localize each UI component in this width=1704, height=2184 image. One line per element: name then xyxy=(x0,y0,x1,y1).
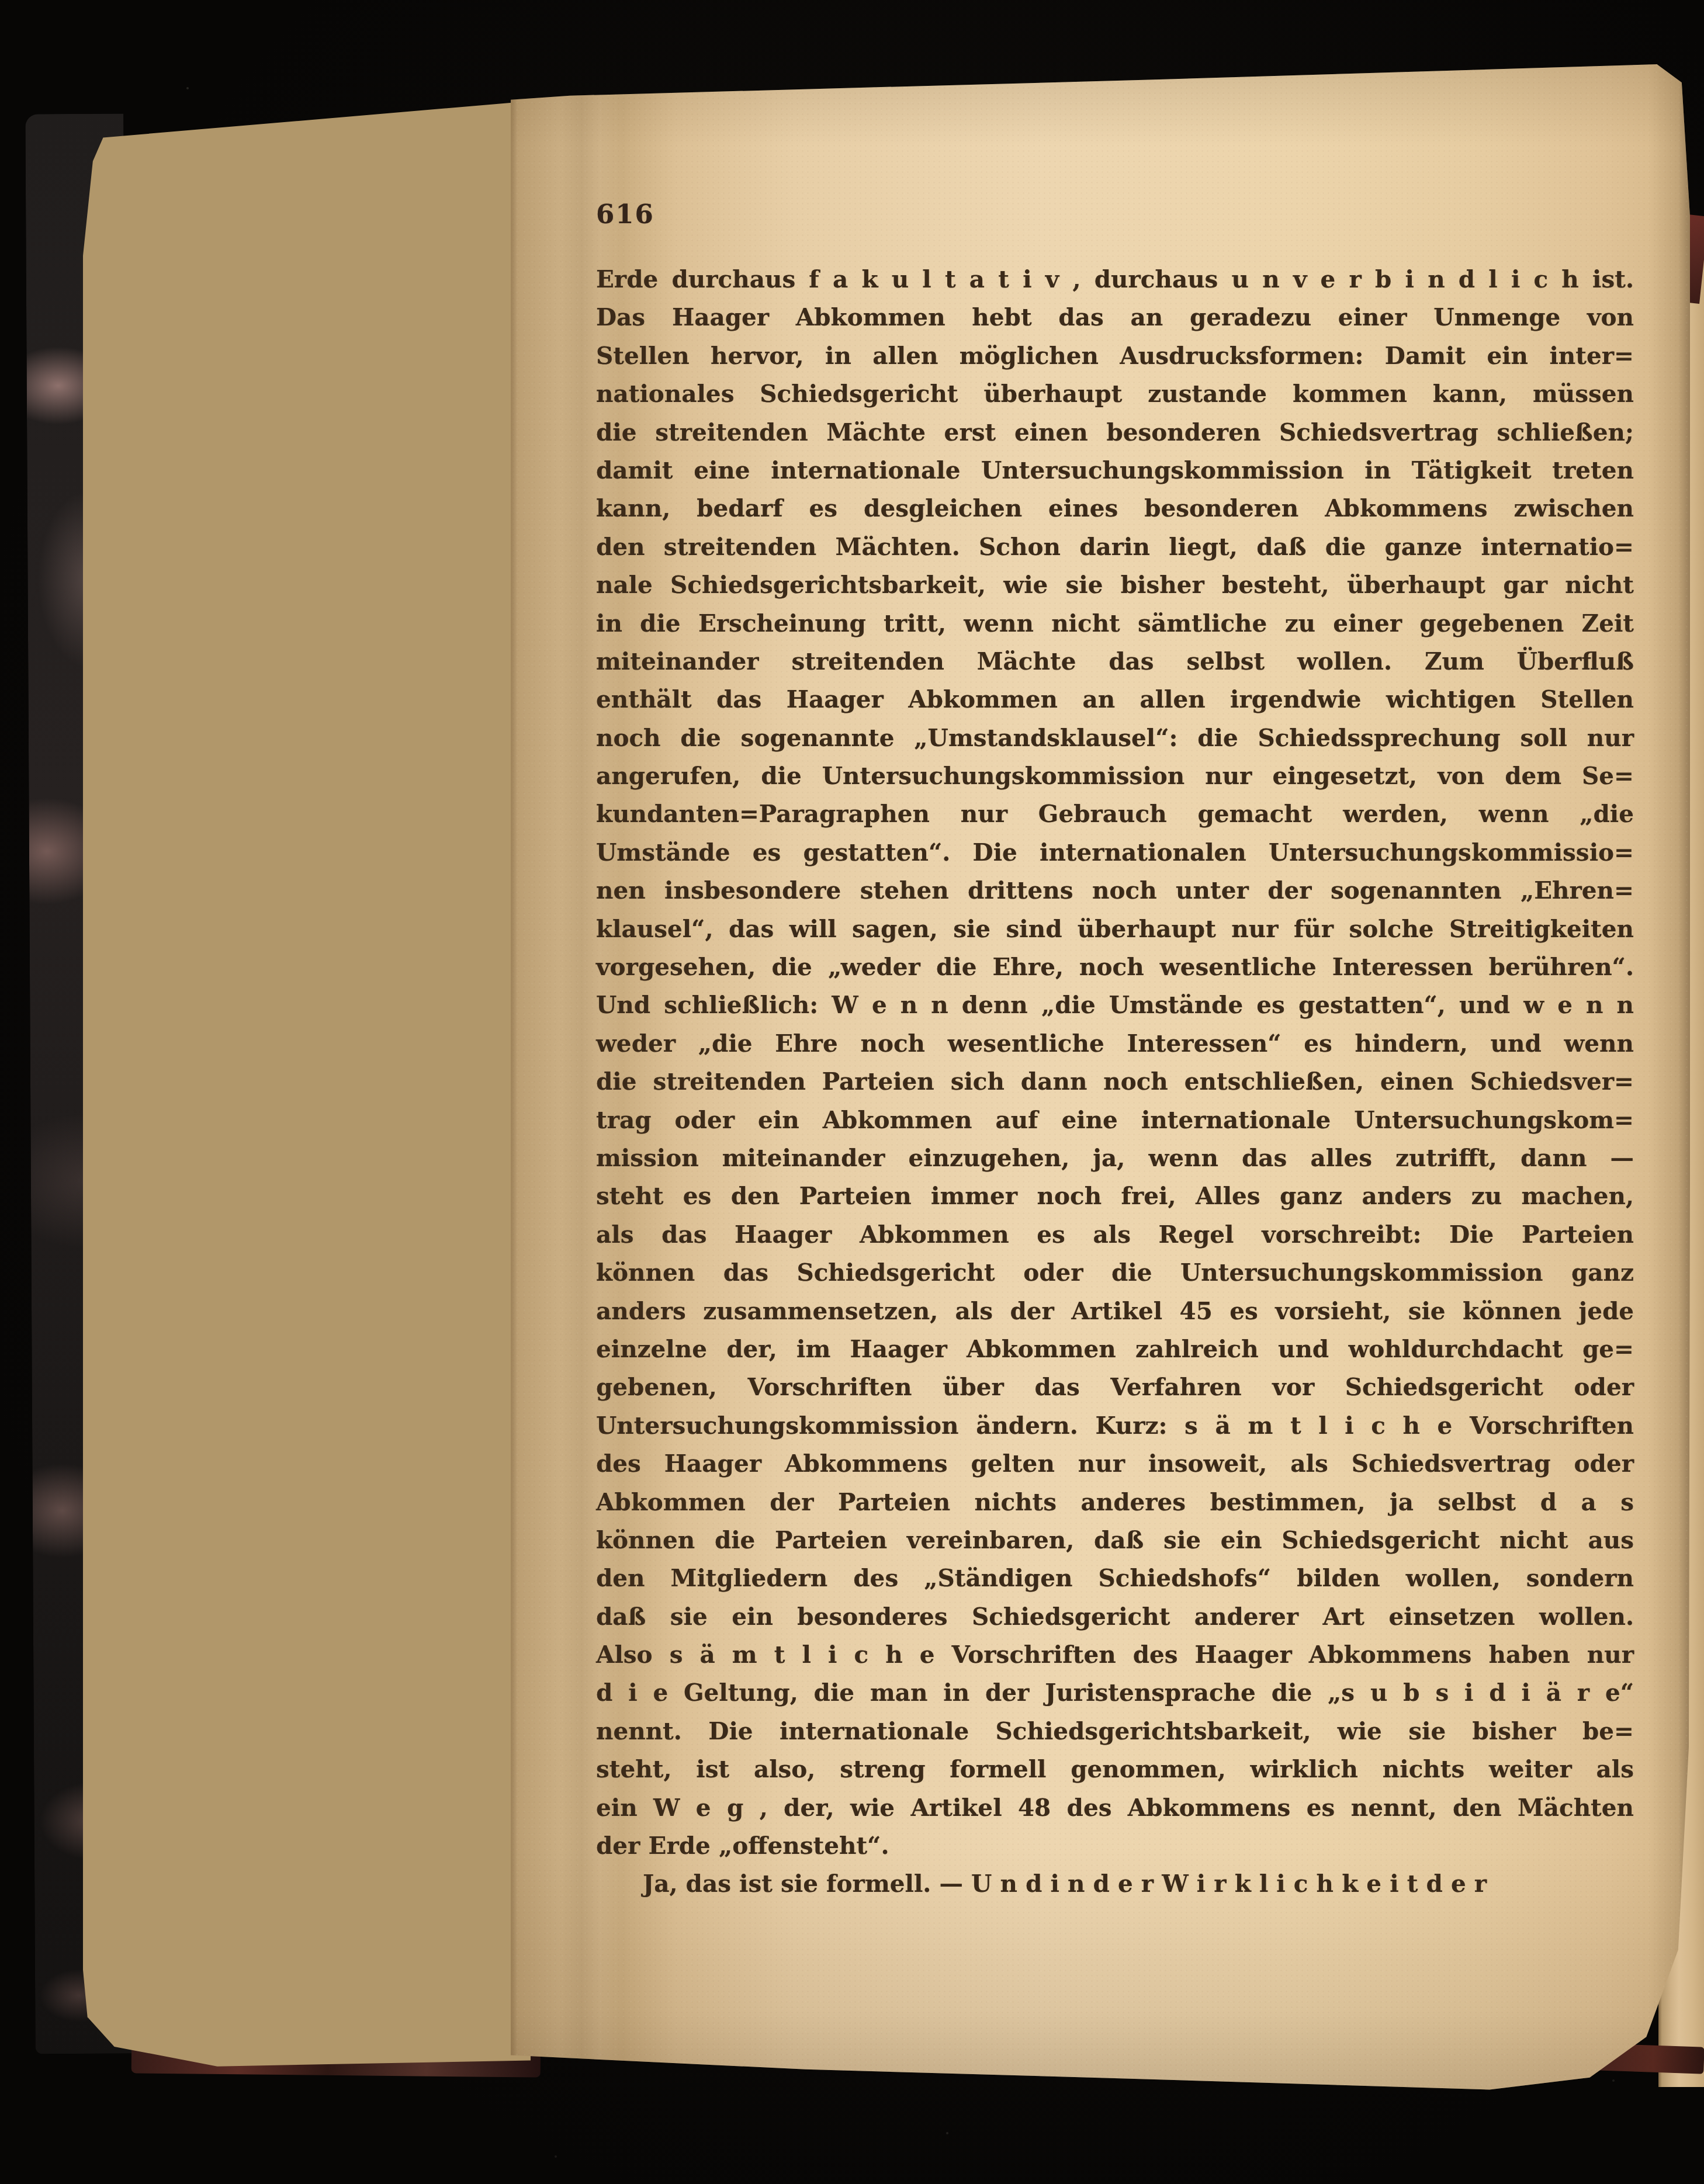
text-line: enthält das Haager Abkommen an allen irg… xyxy=(596,681,1634,719)
text-line: klausel“, das will sagen, sie sind überh… xyxy=(596,910,1634,948)
text-line: Stellen hervor, in allen möglichen Ausdr… xyxy=(596,337,1634,375)
text-line: Untersuchungskommission ändern. Kurz: s … xyxy=(596,1407,1634,1445)
text-line: den Mitgliedern des „Ständigen Schiedsho… xyxy=(596,1559,1634,1597)
text-line: noch die sogenannte „Umstandsklausel“: d… xyxy=(596,719,1634,757)
text-line: einzelne der, im Haager Abkommen zahlrei… xyxy=(596,1330,1634,1368)
text-line: nationales Schiedsgericht überhaupt zust… xyxy=(596,375,1634,413)
text-line: Und schließlich: W e n n denn „die Umstä… xyxy=(596,986,1634,1024)
text-line: Das Haager Abkommen hebt das an geradezu… xyxy=(596,299,1634,337)
text-line: können die Parteien vereinbaren, daß sie… xyxy=(596,1521,1634,1559)
text-line: mission miteinander einzugehen, ja, wenn… xyxy=(596,1139,1634,1177)
dust-specks xyxy=(0,0,1,1)
text-line: Ja, das ist sie formell. — U n d i n d e… xyxy=(596,1865,1634,1903)
book-page-photo: 616 Erde durchaus f a k u l t a t i v , … xyxy=(0,0,1704,2184)
text-line: die streitenden Mächte erst einen besond… xyxy=(596,414,1634,452)
text-line: in die Erscheinung tritt, wenn nicht säm… xyxy=(596,605,1634,643)
text-line: den streitenden Mächten. Schon darin lie… xyxy=(596,528,1634,566)
text-line: Umstände es gestatten“. Die internationa… xyxy=(596,834,1634,872)
text-line: steht, ist also, streng formell genommen… xyxy=(596,1750,1634,1788)
text-line: weder „die Ehre noch wesentliche Interes… xyxy=(596,1025,1634,1063)
text-line: trag oder ein Abkommen auf eine internat… xyxy=(596,1101,1634,1139)
text-line: d i e Geltung, die man in der Juristensp… xyxy=(596,1674,1634,1712)
text-line: kundanten=Paragraphen nur Gebrauch gemac… xyxy=(596,795,1634,833)
page-text: Erde durchaus f a k u l t a t i v , durc… xyxy=(596,261,1634,1904)
text-line: Abkommen der Parteien nichts anderes bes… xyxy=(596,1483,1634,1521)
text-line: nen insbesondere stehen drittens noch un… xyxy=(596,872,1634,910)
text-line: Also s ä m t l i c h e Vorschriften des … xyxy=(596,1636,1634,1674)
page-stack-fore-edge xyxy=(83,98,531,2068)
page-number: 616 xyxy=(596,201,654,227)
text-line: des Haager Abkommens gelten nur insoweit… xyxy=(596,1445,1634,1483)
text-line: die streitenden Parteien sich dann noch … xyxy=(596,1063,1634,1101)
text-line: gebenen, Vorschriften über das Verfahren… xyxy=(596,1368,1634,1406)
text-line: angerufen, die Untersuchungskommission n… xyxy=(596,757,1634,795)
text-line: miteinander streitenden Mächte das selbs… xyxy=(596,643,1634,681)
text-line: vorgesehen, die „weder die Ehre, noch we… xyxy=(596,948,1634,986)
open-book-page: 616 Erde durchaus f a k u l t a t i v , … xyxy=(511,64,1690,2092)
text-line: als das Haager Abkommen es als Regel vor… xyxy=(596,1216,1634,1254)
text-line: nale Schiedsgerichtsbarkeit, wie sie bis… xyxy=(596,566,1634,604)
text-line: können das Schiedsgericht oder die Unter… xyxy=(596,1254,1634,1292)
text-line: daß sie ein besonderes Schiedsgericht an… xyxy=(596,1598,1634,1636)
text-line: damit eine internationale Untersuchungsk… xyxy=(596,452,1634,490)
text-line: ein W e g , der, wie Artikel 48 des Abko… xyxy=(596,1789,1634,1827)
text-line: nennt. Die internationale Schiedsgericht… xyxy=(596,1712,1634,1750)
text-line: steht es den Parteien immer noch frei, A… xyxy=(596,1177,1634,1215)
text-line: anders zusammensetzen, als der Artikel 4… xyxy=(596,1292,1634,1330)
text-line: kann, bedarf es desgleichen eines besond… xyxy=(596,490,1634,528)
text-line: der Erde „offensteht“. xyxy=(596,1827,1634,1865)
text-line: Erde durchaus f a k u l t a t i v , durc… xyxy=(596,261,1634,299)
